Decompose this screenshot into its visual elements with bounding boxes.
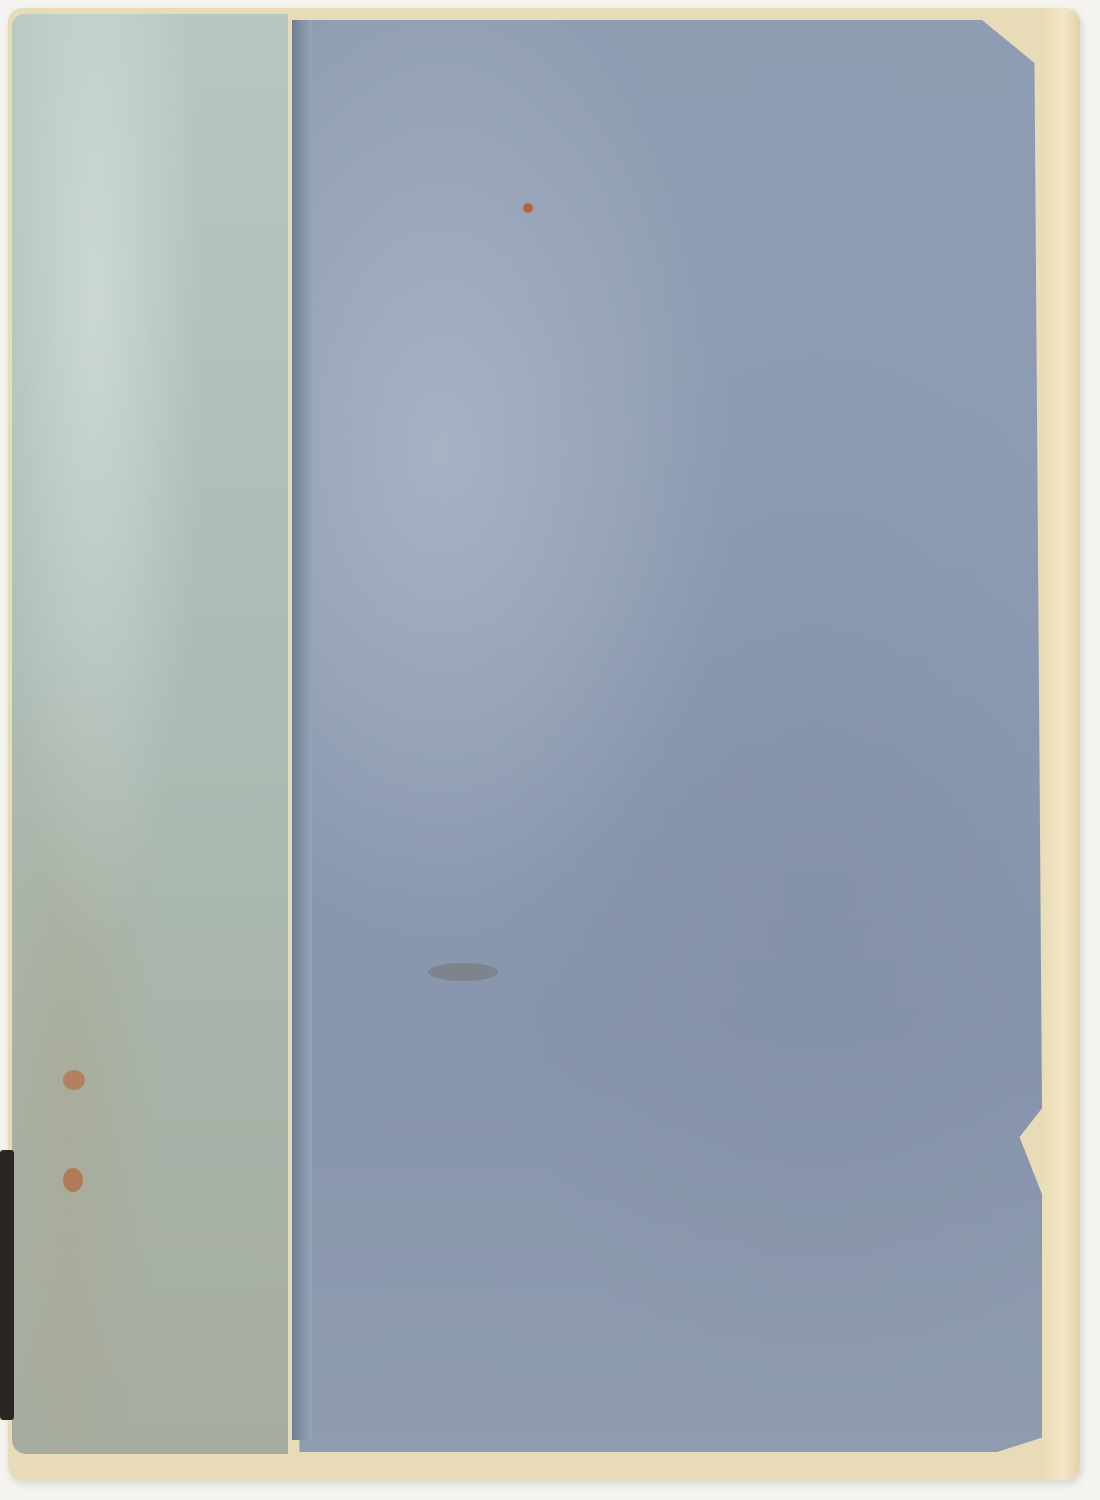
binding-remnant: [0, 1150, 14, 1420]
book: [8, 8, 1080, 1480]
rust-stain: [63, 1070, 85, 1090]
cover-fold: [292, 20, 312, 1440]
book-spine: [12, 14, 288, 1454]
book-cover-paper: [292, 20, 1042, 1452]
page-edge: [1040, 8, 1080, 1480]
rust-stain: [63, 1168, 83, 1192]
rust-stain: [523, 203, 533, 213]
water-stain: [428, 963, 498, 981]
